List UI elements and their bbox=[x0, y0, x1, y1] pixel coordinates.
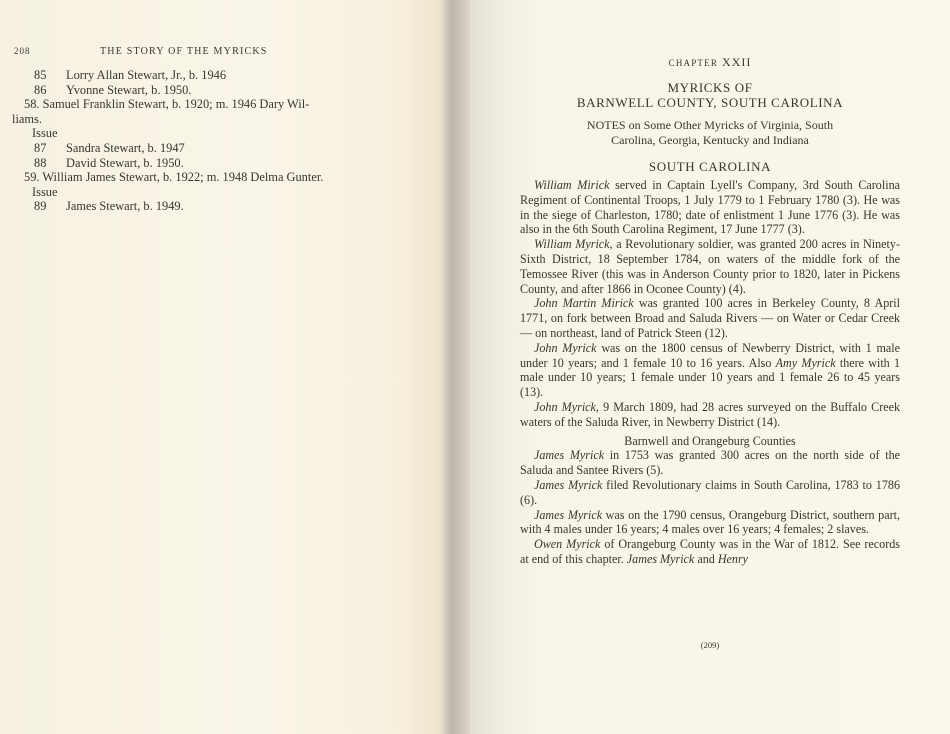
chapter-heading: Chapter XXII bbox=[520, 55, 900, 70]
section-heading: SOUTH CAROLINA bbox=[520, 159, 900, 175]
paragraph: James Myrick in 1753 was granted 300 acr… bbox=[520, 448, 900, 478]
running-head-title: THE STORY OF THE MYRICKS bbox=[100, 46, 268, 57]
paragraph: William Mirick served in Captain Lyell's… bbox=[520, 178, 900, 237]
issue-label: Issue bbox=[12, 126, 412, 141]
chapter-title: MYRICKS OF BARNWELL COUNTY, SOUTH CAROLI… bbox=[520, 80, 900, 110]
list-item: 88David Stewart, b. 1950. bbox=[12, 156, 412, 171]
list-item: 87Sandra Stewart, b. 1947 bbox=[12, 141, 412, 156]
right-page: Chapter XXII MYRICKS OF BARNWELL COUNTY,… bbox=[470, 0, 950, 734]
list-item: 85Lorry Allan Stewart, Jr., b. 1946 bbox=[12, 68, 412, 83]
parent-entry-continued: liams. bbox=[12, 112, 412, 127]
paragraph: John Martin Mirick was granted 100 acres… bbox=[520, 296, 900, 340]
page-number: (209) bbox=[520, 640, 900, 650]
paragraph: William Myrick, a Revolutionary soldier,… bbox=[520, 237, 900, 296]
paragraph: John Myrick, 9 March 1809, had 28 acres … bbox=[520, 400, 900, 430]
subheading: Barnwell and Orangeburg Counties bbox=[520, 434, 900, 449]
list-item: 89James Stewart, b. 1949. bbox=[12, 199, 412, 214]
page-number: 208 bbox=[14, 46, 31, 56]
chapter-subtitle: NOTES on Some Other Myricks of Virginia,… bbox=[520, 118, 900, 147]
paragraph: John Myrick was on the 1800 census of Ne… bbox=[520, 341, 900, 400]
book-gutter bbox=[440, 0, 470, 734]
genealogy-list: 85Lorry Allan Stewart, Jr., b. 1946 86Yv… bbox=[12, 68, 412, 214]
issue-label: Issue bbox=[12, 185, 412, 200]
left-page: 208 THE STORY OF THE MYRICKS 85Lorry All… bbox=[0, 0, 440, 734]
paragraph: James Myrick filed Revolutionary claims … bbox=[520, 478, 900, 508]
body-text: William Mirick served in Captain Lyell's… bbox=[520, 178, 900, 567]
paragraph: James Myrick was on the 1790 census, Ora… bbox=[520, 508, 900, 538]
book-spread: 208 THE STORY OF THE MYRICKS 85Lorry All… bbox=[0, 0, 950, 734]
paragraph: Owen Myrick of Orangeburg County was in … bbox=[520, 537, 900, 567]
list-item: 86Yvonne Stewart, b. 1950. bbox=[12, 83, 412, 98]
parent-entry: 58. Samuel Franklin Stewart, b. 1920; m.… bbox=[12, 97, 412, 112]
parent-entry: 59. William James Stewart, b. 1922; m. 1… bbox=[12, 170, 412, 185]
